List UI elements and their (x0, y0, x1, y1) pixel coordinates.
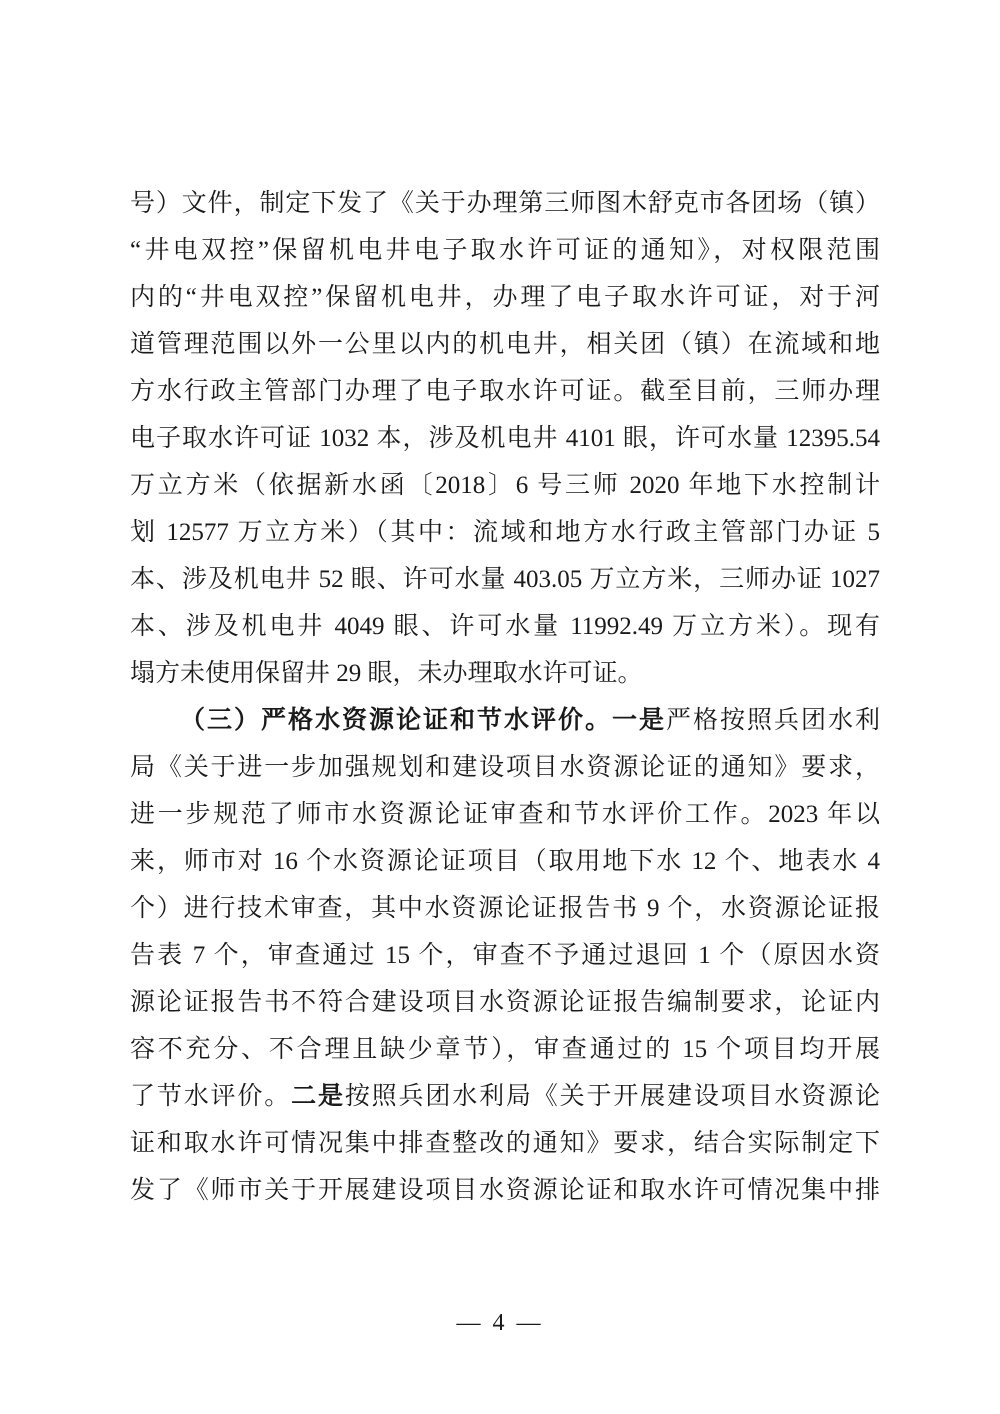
body-text: 本、涉及机电井 52 眼、许可水量 403.05 万立方米，三师办证 1027 (130, 566, 880, 593)
text-line: 发了《师市关于开展建设项目水资源论证和取水许可情况集中排 (130, 1167, 880, 1214)
emphasis-text: （三）严格水资源论证和节水评价。 (180, 707, 612, 734)
text-line: 来，师市对 16 个水资源论证项目（取用地下水 12 个、地表水 4 (130, 838, 880, 885)
text-line: 号）文件，制定下发了《关于办理第三师图木舒克市各团场（镇） (130, 180, 880, 227)
body-text: 万立方米（依据新水函〔2018〕6 号三师 2020 年地下水控制计 (130, 472, 880, 499)
text-line: “井电双控”保留机电井电子取水许可证的通知》，对权限范围 (130, 227, 880, 274)
text-line: 电子取水许可证 1032 本，涉及机电井 4101 眼，许可水量 12395.5… (130, 415, 880, 462)
text-line: 个）进行技术审查，其中水资源论证报告书 9 个，水资源论证报 (130, 885, 880, 932)
body-text: 号）文件，制定下发了《关于办理第三师图木舒克市各团场（镇） (130, 190, 880, 217)
text-line: 容不充分、不合理且缺少章节），审查通过的 15 个项目均开展 (130, 1026, 880, 1073)
text-line: 道管理范围以外一公里以内的机电井，相关团（镇）在流域和地 (130, 321, 880, 368)
document-lines: 号）文件，制定下发了《关于办理第三师图木舒克市各团场（镇）“井电双控”保留机电井… (130, 180, 880, 1214)
body-text: 容不充分、不合理且缺少章节），审查通过的 15 个项目均开展 (130, 1036, 880, 1063)
text-line: （三）严格水资源论证和节水评价。一是严格按照兵团水利 (130, 697, 880, 744)
body-text: 严格按照兵团水利 (666, 707, 880, 734)
body-text: 来，师市对 16 个水资源论证项目（取用地下水 12 个、地表水 4 (130, 848, 880, 875)
text-line: 本、涉及机电井 52 眼、许可水量 403.05 万立方米，三师办证 1027 (130, 556, 880, 603)
emphasis-text: 二是 (291, 1083, 345, 1110)
body-text: 塌方未使用保留井 29 眼，未办理取水许可证。 (130, 660, 643, 687)
page-number: — 4 — (0, 1300, 1000, 1347)
text-line: 塌方未使用保留井 29 眼，未办理取水许可证。 (130, 650, 880, 697)
text-line: 源论证报告书不符合建设项目水资源论证报告编制要求，论证内 (130, 979, 880, 1026)
text-line: 万立方米（依据新水函〔2018〕6 号三师 2020 年地下水控制计 (130, 462, 880, 509)
body-text: 发了《师市关于开展建设项目水资源论证和取水许可情况集中排 (130, 1177, 880, 1204)
body-text: “井电双控”保留机电井电子取水许可证的通知》，对权限范围 (130, 237, 880, 264)
emphasis-text: 一是 (612, 707, 666, 734)
text-line: 方水行政主管部门办理了电子取水许可证。截至目前，三师办理 (130, 368, 880, 415)
text-line: 告表 7 个，审查通过 15 个，审查不予通过退回 1 个（原因水资 (130, 932, 880, 979)
body-text: 内的“井电双控”保留机电井，办理了电子取水许可证，对于河 (130, 284, 880, 311)
body-text: 个）进行技术审查，其中水资源论证报告书 9 个，水资源论证报 (130, 895, 880, 922)
body-text: 划 12577 万立方米）（其中：流域和地方水行政主管部门办证 5 (130, 519, 880, 546)
document-page: 号）文件，制定下发了《关于办理第三师图木舒克市各团场（镇）“井电双控”保留机电井… (0, 0, 1000, 1414)
body-text: 告表 7 个，审查通过 15 个，审查不予通过退回 1 个（原因水资 (130, 942, 880, 969)
text-line: 本、涉及机电井 4049 眼、许可水量 11992.49 万立方米）。现有 (130, 603, 880, 650)
text-line: 进一步规范了师市水资源论证审查和节水评价工作。2023 年以 (130, 791, 880, 838)
body-text: 按照兵团水利局《关于开展建设项目水资源论 (345, 1083, 880, 1110)
text-line: 了节水评价。二是按照兵团水利局《关于开展建设项目水资源论 (130, 1073, 880, 1120)
body-text: 方水行政主管部门办理了电子取水许可证。截至目前，三师办理 (130, 378, 880, 405)
text-line: 划 12577 万立方米）（其中：流域和地方水行政主管部门办证 5 (130, 509, 880, 556)
body-text: 进一步规范了师市水资源论证审查和节水评价工作。2023 年以 (130, 801, 880, 828)
body-text: 电子取水许可证 1032 本，涉及机电井 4101 眼，许可水量 12395.5… (130, 425, 880, 452)
text-line: 证和取水许可情况集中排查整改的通知》要求，结合实际制定下 (130, 1120, 880, 1167)
text-line: 内的“井电双控”保留机电井，办理了电子取水许可证，对于河 (130, 274, 880, 321)
body-text: 证和取水许可情况集中排查整改的通知》要求，结合实际制定下 (130, 1130, 880, 1157)
body-text: 了节水评价。 (130, 1083, 291, 1110)
body-text: 道管理范围以外一公里以内的机电井，相关团（镇）在流域和地 (130, 331, 880, 358)
text-line: 局《关于进一步加强规划和建设项目水资源论证的通知》要求， (130, 744, 880, 791)
body-text: 源论证报告书不符合建设项目水资源论证报告编制要求，论证内 (130, 989, 880, 1016)
body-text: 局《关于进一步加强规划和建设项目水资源论证的通知》要求， (130, 754, 880, 781)
body-text: 本、涉及机电井 4049 眼、许可水量 11992.49 万立方米）。现有 (130, 613, 880, 640)
